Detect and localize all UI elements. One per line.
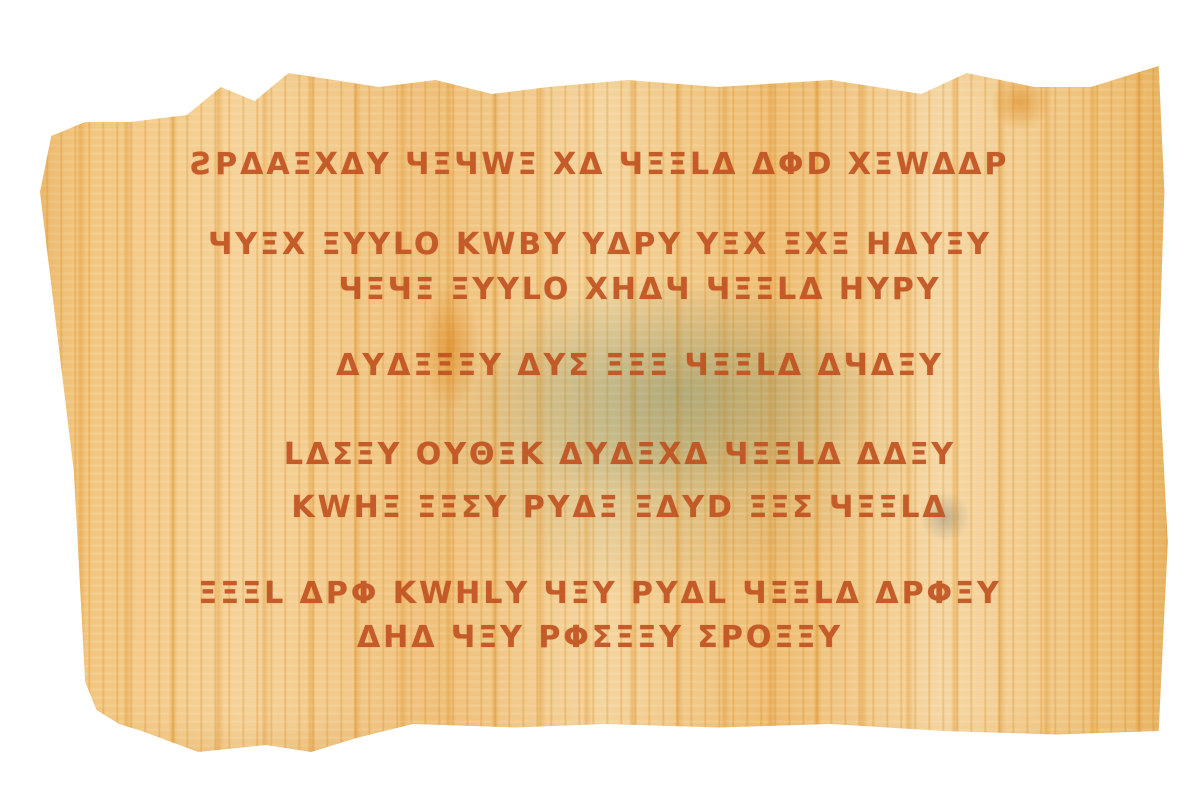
inscription-line-6: ΚWΗΞ ΞΞΣΥ ΡΥΔΞ ΞΔΥD ΞΞΣ ЧΞΞLΔ: [0, 490, 1200, 525]
orange-stain: [990, 72, 1050, 132]
inscription-line-4: ΔΥΔΞΞΞΥ ΔΥΣ ΞΞΞ ЧΞΞLΔ ΔЧΔΞΥ: [0, 348, 1200, 383]
inscription-line-3: ЧΞЧΞ ΞΥΥLO ΧΗΔЧ ЧΞΞLΔ ΗΥΡΥ: [0, 272, 1200, 307]
inscription-line-2: ЧΥΞΧ ΞΥΥLO ΚWΒΥ ΥΔΡΥ ΥΞΧ ΞΧΞ ΗΔΥΞΥ: [0, 227, 1200, 262]
inscription-line-1: ƧΡΔΑΞΧΔΥ ЧΞЧWΞ ΧΔ ЧΞΞLΔ ΔΦD ΧΞWΔΔΡ: [0, 147, 1200, 182]
inscription-line-7: ΞΞΞL ΔΡΦ ΚWΗLΥ ЧΞΥ ΡΥΔL ЧΞΞLΔ ΔΡΦΞΥ: [0, 576, 1200, 611]
inscription-line-8: ΔΗΔ ЧΞΥ ΡΦΣΞΞΥ ΣΡΟΞΞΥ: [0, 620, 1200, 655]
inscription-line-5: LΔΣΞΥ ΟΥΘΞΚ ΔΥΔΞΧΔ ЧΞΞLΔ ΔΔΞΥ: [0, 437, 1200, 472]
